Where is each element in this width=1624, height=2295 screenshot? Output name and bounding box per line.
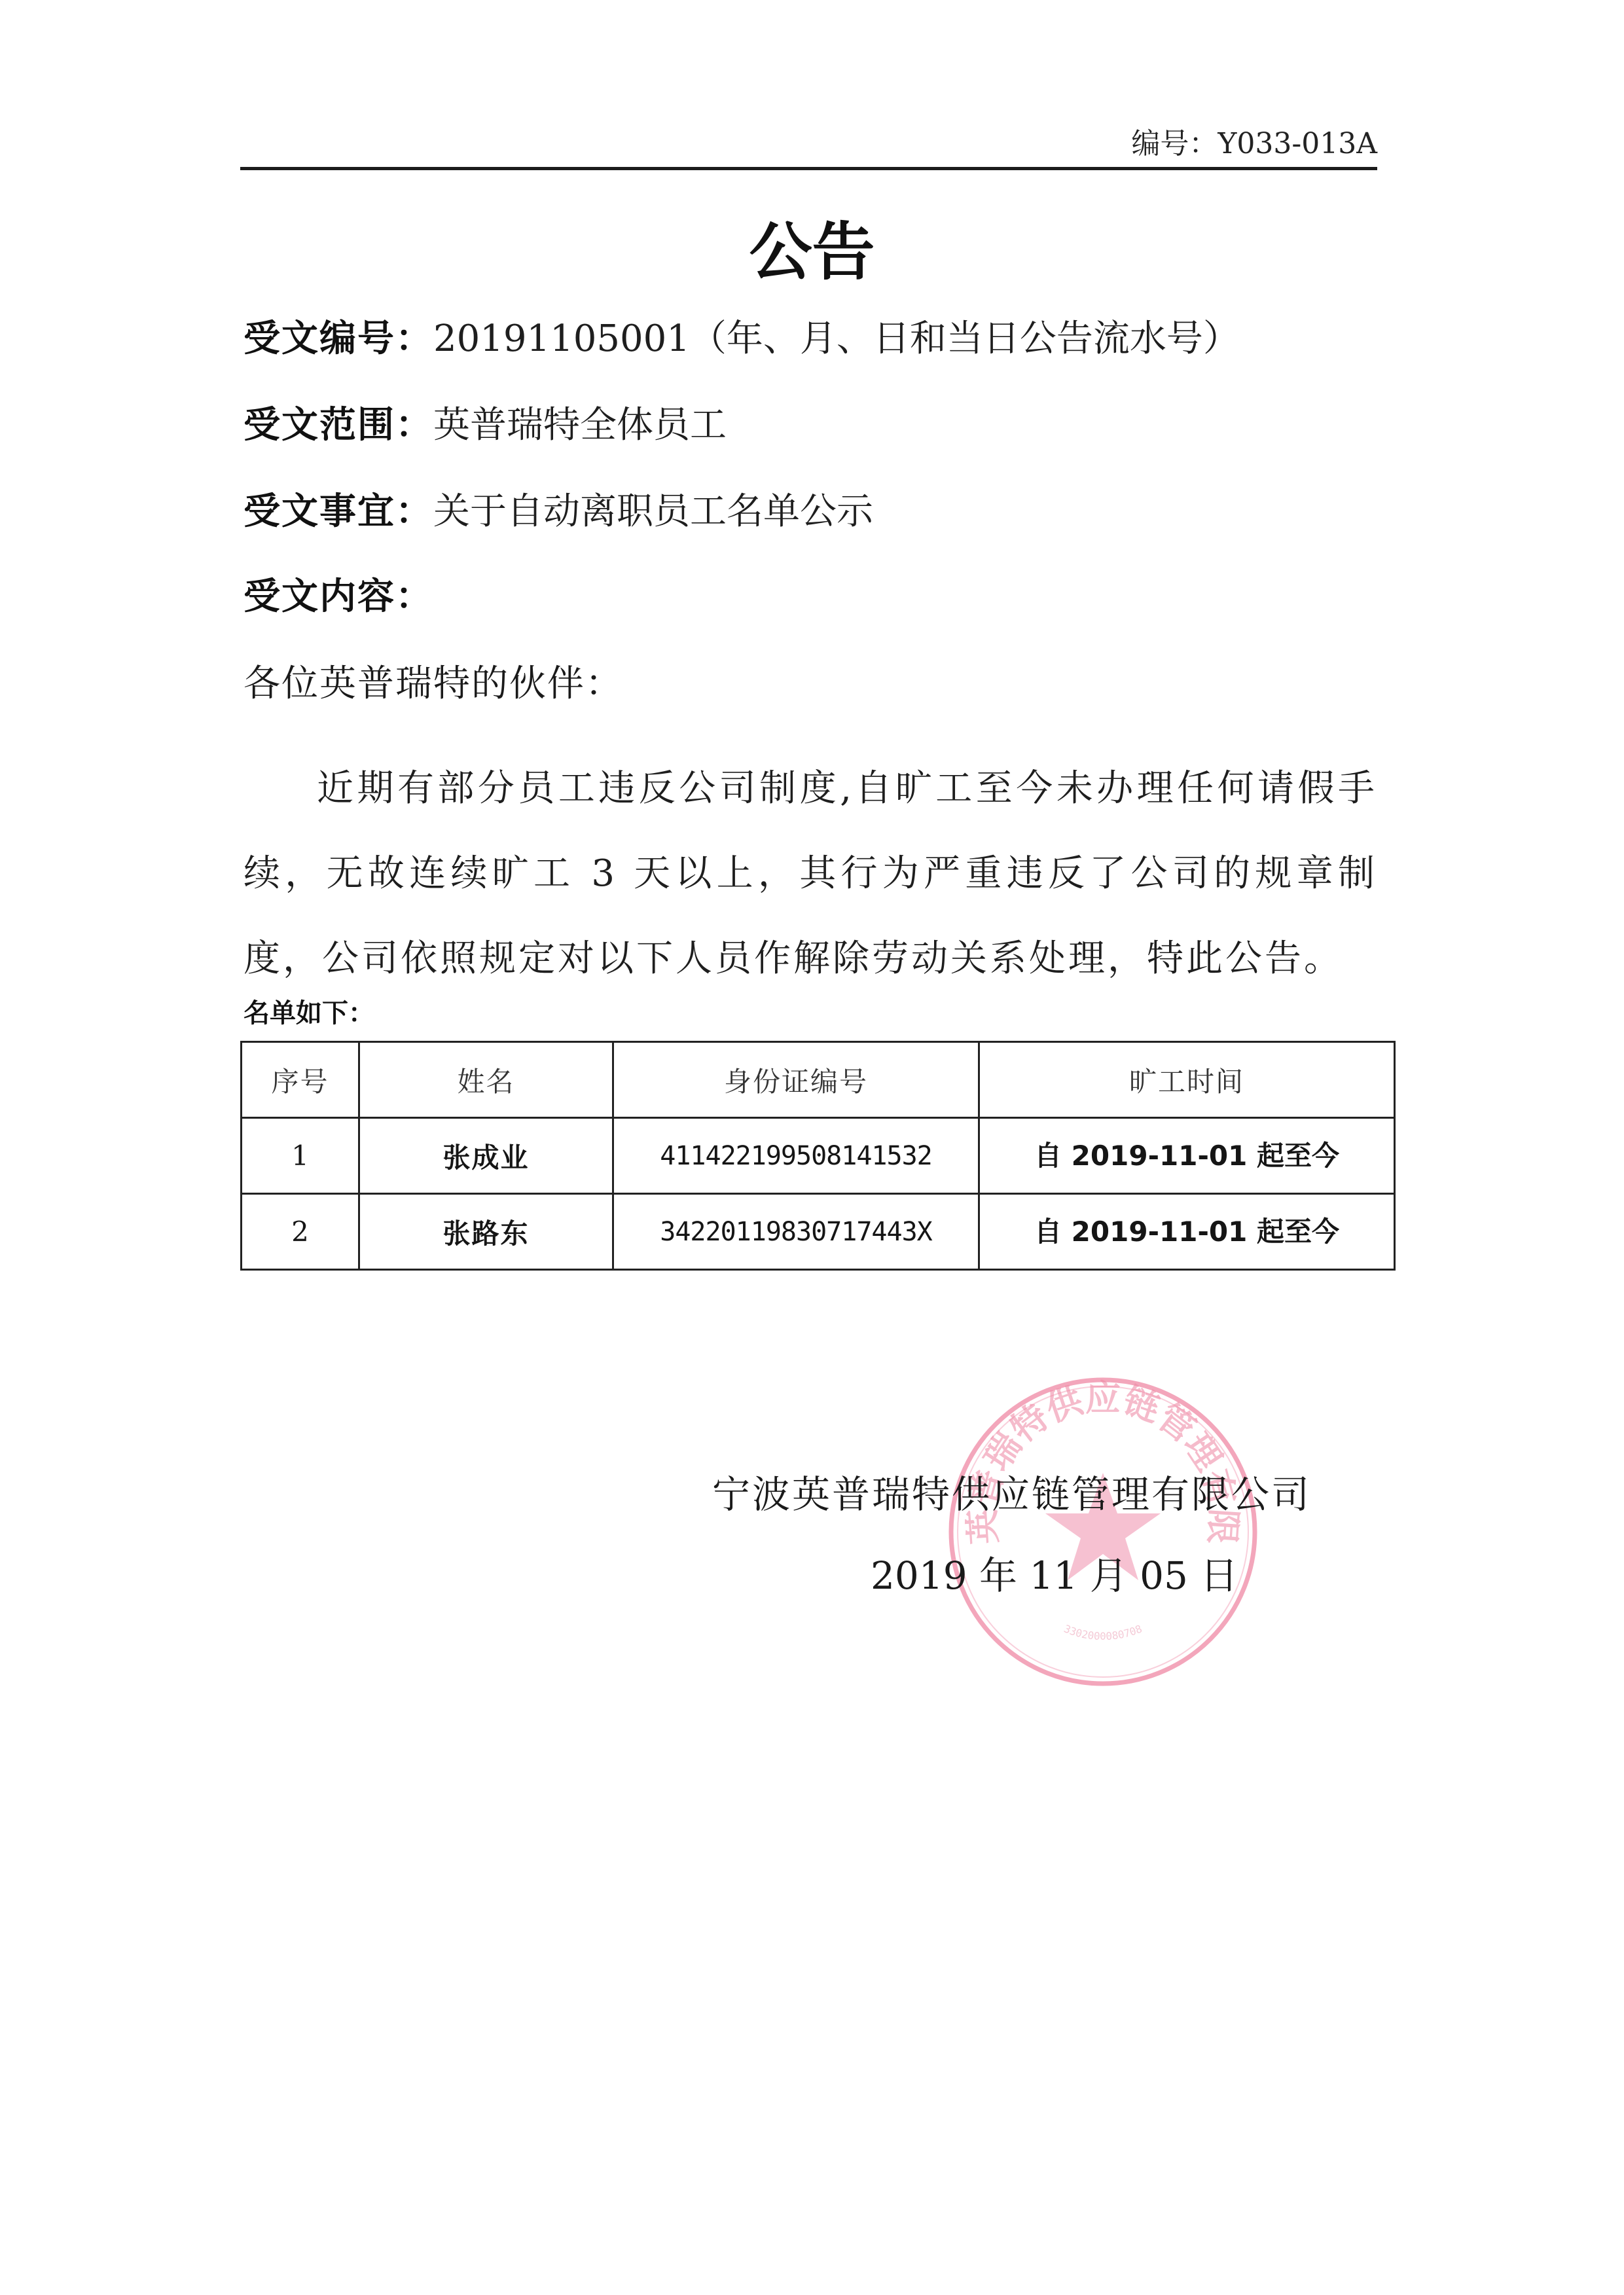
- document-number-value: Y033-013A: [1218, 127, 1377, 160]
- title-char-2: 告: [812, 215, 921, 289]
- header-divider: [240, 167, 1377, 170]
- star-seal-icon: 宁波英普瑞特供应链管理有限公司 3302000080708: [946, 1375, 1260, 1689]
- cell-name: 张成业: [359, 1118, 613, 1194]
- dismissal-table: 序号 姓名 身份证编号 旷工时间 1 张成业 41142219950814153…: [240, 1041, 1396, 1271]
- cell-id-number: 34220119830717443X: [613, 1194, 979, 1270]
- column-header-seq: 序号: [242, 1042, 359, 1118]
- column-header-id: 身份证编号: [613, 1042, 979, 1118]
- issue-date: 2019 年 11 月 05 日: [871, 1553, 1238, 1599]
- greeting: 各位英普瑞特的伙伴：: [244, 661, 623, 707]
- field-value: 英普瑞特全体员工: [433, 404, 727, 446]
- notice-paragraph: 近期有部分员工违反公司制度,自旷工至今未办理任何请假手续，无故连续旷工 3 天以…: [244, 746, 1377, 1002]
- field-value: 关于自动离职员工名单公示: [433, 490, 873, 533]
- table-row: 2 张路东 34220119830717443X 自 2019-11-01 起至…: [242, 1194, 1395, 1270]
- column-header-name: 姓名: [359, 1042, 613, 1118]
- cell-name: 张路东: [359, 1194, 613, 1270]
- field-label: 受文范围：: [244, 404, 433, 446]
- cell-absence-period: 自 2019-11-01 起至今: [979, 1194, 1395, 1270]
- cell-absence-period: 自 2019-11-01 起至今: [979, 1118, 1395, 1194]
- field-value: 20191105001（年、月、日和当日公告流水号）: [433, 317, 1240, 360]
- column-header-absence: 旷工时间: [979, 1042, 1395, 1118]
- issuing-company: 宁波英普瑞特供应链管理有限公司: [712, 1472, 1311, 1517]
- field-label: 受文编号：: [244, 317, 433, 360]
- field-label: 受文内容：: [244, 575, 433, 618]
- list-label: 名单如下：: [244, 996, 374, 1030]
- cell-seq: 2: [242, 1194, 359, 1270]
- field-doc-number: 受文编号：20191105001（年、月、日和当日公告流水号）: [244, 316, 1240, 362]
- document-number-label: 编号：: [1131, 127, 1218, 160]
- field-label: 受文事宜：: [244, 490, 433, 533]
- cell-id-number: 411422199508141532: [613, 1118, 979, 1194]
- field-subject: 受文事宜：关于自动离职员工名单公示: [244, 489, 873, 535]
- table-row: 1 张成业 411422199508141532 自 2019-11-01 起至…: [242, 1118, 1395, 1194]
- table-header-row: 序号 姓名 身份证编号 旷工时间: [242, 1042, 1395, 1118]
- field-scope: 受文范围：英普瑞特全体员工: [244, 403, 727, 448]
- field-content: 受文内容：: [244, 574, 433, 620]
- page-title: 公告: [0, 216, 1624, 288]
- cell-seq: 1: [242, 1118, 359, 1194]
- svg-text:3302000080708: 3302000080708: [1062, 1622, 1144, 1642]
- document-number: 编号：Y033-013A: [1131, 126, 1377, 162]
